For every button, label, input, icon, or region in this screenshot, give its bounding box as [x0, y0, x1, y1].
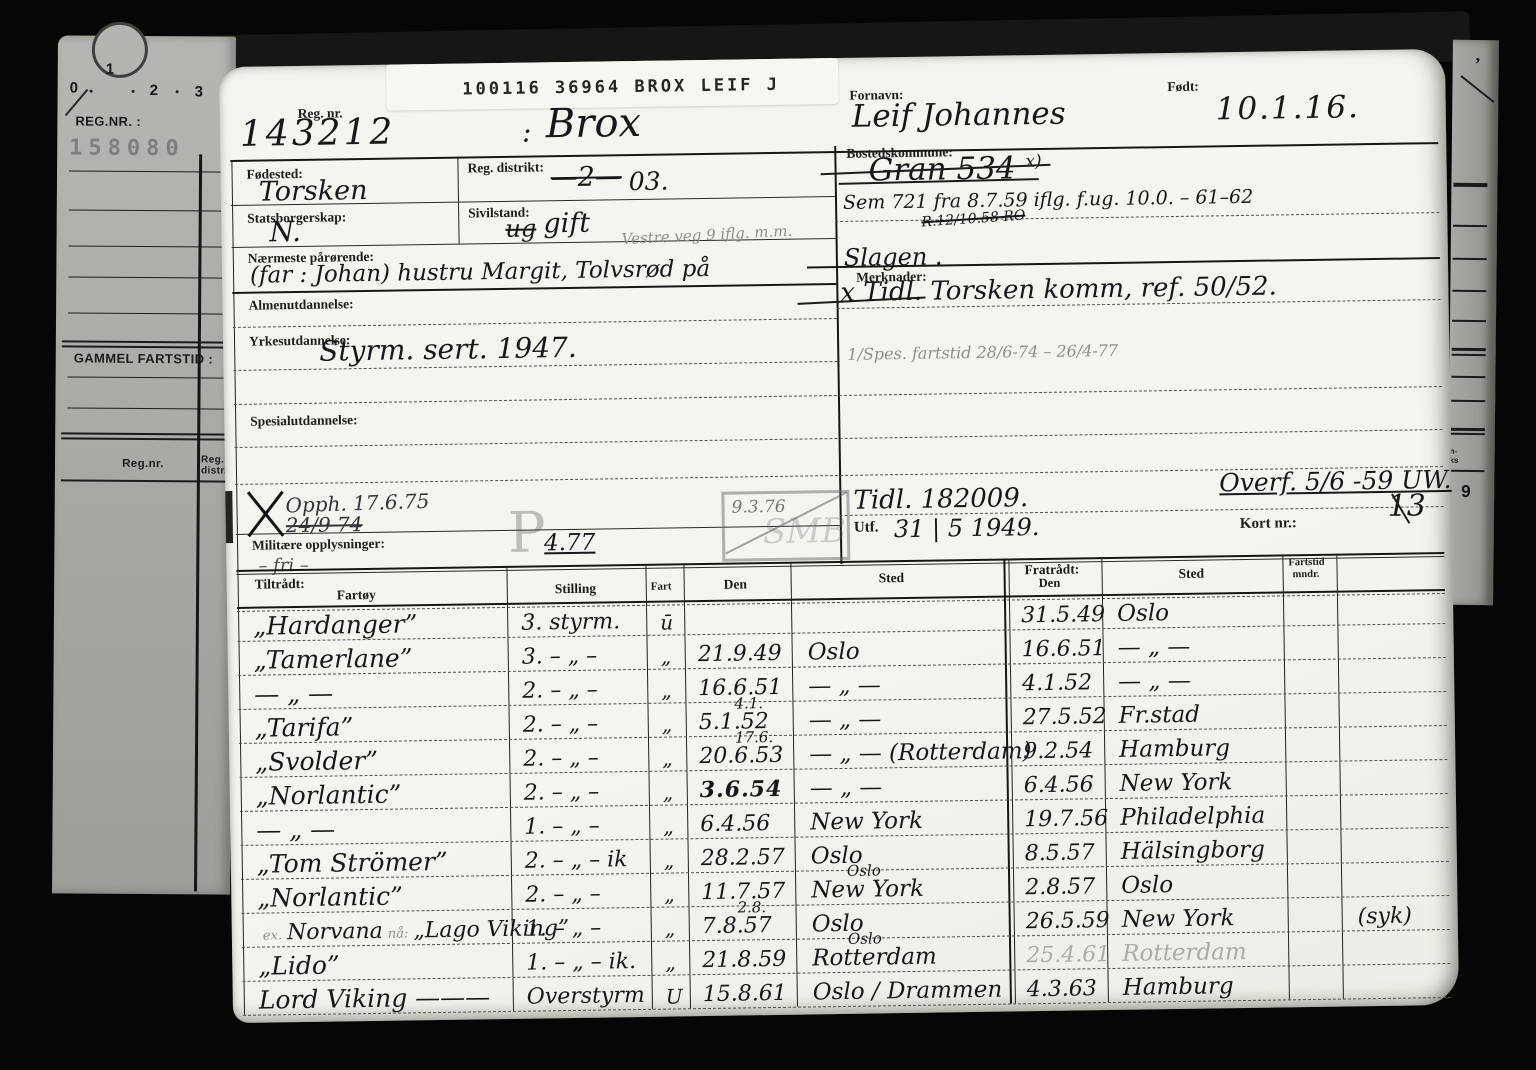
- cell-den: 28.2.57: [701, 847, 803, 871]
- statsborgerskap-value: N.: [269, 218, 301, 246]
- parorende-pencil-note: Vestre veg 9 iflg. m.m.: [621, 224, 792, 247]
- cell-fsted: Philadelphia: [1120, 804, 1294, 830]
- yrkesutdannelse-value: Styrm. sert. 1947.: [319, 334, 577, 366]
- cell-stilling: 1. – „ –: [524, 815, 657, 839]
- cell-stilling: 3. styrm.: [521, 611, 654, 635]
- table-header-den: Den: [724, 576, 747, 592]
- rule-line: [1452, 354, 1486, 356]
- seaman-register-card: 100116 36964 BROX LEIF J Reg. nr. 143212…: [219, 49, 1459, 1023]
- rule-line: [69, 170, 227, 172]
- cell-fden: 25.4.61: [1026, 944, 1115, 967]
- ruler-digit: 2: [150, 82, 158, 99]
- rule-line: [233, 318, 837, 328]
- militare-number: 4.77: [544, 532, 596, 556]
- under-reg-nr-stamp: 158080: [69, 135, 185, 161]
- rule-line: [67, 407, 225, 409]
- cell-den: 17.6.20.6.53: [699, 745, 801, 769]
- cell-stilling: 2. – „ –: [522, 679, 655, 703]
- cell-sted: Oslo / Drammen: [813, 978, 1018, 1004]
- parorende-value: (far : Johan) hustru Margit, Tolvsrød på: [250, 258, 710, 288]
- cell-fart: „: [665, 918, 697, 938]
- cell-stilling: 3. – „ –: [522, 645, 655, 669]
- cell-note: (syk): [1358, 905, 1456, 928]
- under-card-right: ’ n-ks 9: [1447, 40, 1499, 605]
- cell-sted: — „ —: [808, 672, 1013, 698]
- table-header-fartoy: Fartøy: [337, 587, 376, 604]
- cell-sted: — „ —: [810, 774, 1015, 800]
- rule-line: [68, 376, 226, 378]
- cell-fsted: Rotterdam: [1122, 940, 1296, 966]
- p-stamp: P: [507, 500, 546, 566]
- ruler-dot: [176, 90, 179, 93]
- punch-hole: [92, 22, 148, 78]
- cell-den: 15.8.61: [703, 983, 805, 1007]
- ruler-dot: [132, 90, 135, 93]
- ruler-digit: 1: [106, 61, 114, 78]
- rule-line: [62, 340, 232, 343]
- cell-fart: „: [664, 884, 696, 904]
- rule-line: [1452, 320, 1486, 322]
- cell-fsted: Hamburg: [1123, 974, 1297, 1000]
- date-stamp-box: 9.3.76 SMB: [721, 490, 850, 562]
- rule-line: [1453, 258, 1487, 260]
- cell-fart: U: [666, 986, 698, 1006]
- gammel-fartstid-label: GAMMEL FARTSTID :: [74, 351, 214, 367]
- rule-line: [1453, 225, 1487, 227]
- cell-fsted: Fr.stad: [1119, 702, 1293, 728]
- cell-ship: „Norlantic”: [256, 780, 516, 809]
- cell-fart: „: [661, 646, 693, 666]
- column-divider: [457, 157, 459, 244]
- cell-fsted: New York: [1122, 906, 1296, 932]
- merknader-pencil-note: 1/Spes. fartstid 28/6-74 – 26/4-77: [847, 343, 1118, 363]
- table-header-fartstid: Fartstid: [1288, 557, 1324, 569]
- ruler-digit: 3: [195, 83, 203, 100]
- cell-fsted: — „ —: [1118, 634, 1292, 660]
- cell-fart: ū: [660, 612, 692, 632]
- rule-line: [69, 245, 227, 247]
- fornavn-value: Leif Johannes: [852, 99, 1066, 133]
- ruler-dot: [90, 90, 93, 93]
- cell-ship: — „ —: [254, 678, 514, 707]
- merknader-value: x Tidl. Torsken komm, ref. 50/52.: [840, 273, 1277, 305]
- edge-digit: 9: [1461, 482, 1471, 502]
- almenutdannelse-label: Almenutdannelse:: [248, 296, 353, 314]
- cell-ship: Lord Viking ———: [259, 984, 519, 1013]
- sivilstand-struck: ug: [505, 216, 536, 240]
- cell-fden: 6.4.56: [1024, 774, 1113, 797]
- cell-fart: „: [661, 680, 693, 700]
- under-divider: [194, 154, 202, 891]
- cell-fart: „: [662, 714, 694, 734]
- rule-line: [1453, 183, 1487, 187]
- table-header-fratradt-sted: Sted: [1178, 566, 1204, 582]
- reg-distrikt-value: 03.: [629, 168, 669, 194]
- cell-fden: 19.7.56: [1024, 808, 1113, 831]
- fodested-value: Torsken: [259, 177, 368, 206]
- parorende-continuation: Slagen .: [844, 244, 943, 269]
- cell-ship: „Lido”: [258, 950, 518, 979]
- cell-fsted: Oslo: [1121, 872, 1295, 898]
- cell-den: 2.8.7.8.57: [702, 915, 804, 939]
- sivilstand-value: gift: [543, 210, 590, 238]
- rule-line: [1451, 376, 1485, 378]
- militare-label: Militære opplysninger:: [252, 536, 385, 554]
- cell-ship: „Norlantic”: [257, 882, 517, 911]
- rule-line: [61, 437, 231, 440]
- rule-line: [1451, 428, 1485, 431]
- cell-fsted: — „ —: [1118, 668, 1292, 694]
- rule-line: [61, 432, 231, 435]
- cell-fsted: Hamburg: [1119, 736, 1293, 762]
- cell-den: 6.4.56: [700, 813, 802, 837]
- cell-sted: OsloNew York: [811, 876, 1016, 902]
- cell-fden: 16.6.51: [1022, 638, 1111, 661]
- cell-fden: 31.5.49: [1021, 604, 1110, 627]
- cell-sted: Oslo: [812, 910, 1017, 936]
- under-reg-nr-label: REG.NR. :: [75, 114, 141, 129]
- reg-nr-value: 143212: [240, 115, 396, 153]
- table-header-mndr: mndr.: [1293, 569, 1320, 580]
- rule-line: [1452, 348, 1486, 351]
- rule-line: [62, 345, 232, 348]
- cell-ship: „Svolder”: [255, 746, 515, 775]
- cell-fden: 2.8.57: [1025, 876, 1114, 899]
- under-card-left: 0 1 2 3 REG.NR. : 158080 GAMMEL FARTSTID…: [52, 35, 236, 894]
- cell-fden: 27.5.52: [1023, 706, 1112, 729]
- cell-sted: OsloRotterdam: [812, 944, 1017, 970]
- cell-fart: „: [662, 748, 694, 768]
- cell-sted: Oslo: [811, 842, 1016, 868]
- cell-fsted: Oslo: [1117, 600, 1291, 626]
- tidl-value: Tidl. 182009.: [853, 485, 1028, 514]
- table-header-fart: Fart: [651, 580, 672, 592]
- pen-mark: ’: [1475, 54, 1481, 75]
- cell-fsted: New York: [1120, 770, 1294, 796]
- cell-stilling: Overstyrm: [527, 985, 660, 1009]
- cell-fart: „: [664, 850, 696, 870]
- utf-label: Utf.: [854, 519, 879, 536]
- cell-fart: „: [663, 816, 695, 836]
- bosted-note-line: Sem 721 fra 8.7.59 iflg. f.ug. 10.0. – 6…: [843, 188, 1253, 213]
- cell-fart: „: [663, 782, 695, 802]
- table-header-tiltradt: Tiltrådt:: [255, 576, 305, 593]
- cell-fart: „: [665, 952, 697, 972]
- cell-ship: — „ —: [256, 814, 516, 843]
- cell-fden: 8.5.57: [1025, 842, 1114, 865]
- cell-sted: Oslo: [808, 638, 1013, 664]
- cell-stilling: 1. – „ – ik.: [526, 951, 659, 975]
- reg-distrikt-label: Reg. distrikt:: [467, 159, 544, 176]
- pen-stroke: [1460, 75, 1494, 103]
- cell-sted: New York: [810, 808, 1015, 834]
- rule-line: [68, 312, 226, 314]
- cell-stilling: 2. – „ –: [524, 781, 657, 805]
- cell-fsted: Hälsingborg: [1121, 838, 1295, 864]
- under-col-reg-nr: Reg.nr.: [93, 458, 193, 471]
- table-header-fratradt-den: Den: [1039, 576, 1061, 591]
- rule-line: [69, 209, 227, 211]
- cell-stilling: 2. – „ –: [523, 747, 656, 771]
- cell-fden: 4.1.52: [1022, 672, 1111, 695]
- cell-ship: „Tom Strömer”: [257, 848, 517, 877]
- fodt-value: 10.1.16.: [1215, 92, 1360, 125]
- struck-date: 24/9 74: [286, 514, 363, 535]
- cell-stilling: 2. – „ –: [525, 883, 658, 907]
- utf-value: 31 | 5 1949.: [894, 515, 1040, 541]
- cell-fden: 4.3.63: [1027, 978, 1116, 1001]
- ruler-digit: 0: [70, 79, 78, 96]
- reg-distrikt-struck: —2—: [550, 163, 622, 191]
- rule-line: [1452, 290, 1486, 292]
- rule-line: [61, 479, 231, 482]
- machine-stamp-text: 100116 36964 BROX LEIF J: [462, 75, 780, 100]
- rule-line: [1450, 470, 1484, 472]
- cell-sted: — „ — (Rotterdam): [809, 740, 1014, 766]
- cell-ship: ex.Norvananå:„Lago Viking”: [258, 915, 518, 945]
- cell-fden: 9.2.54: [1023, 740, 1112, 763]
- colon-mark: :: [522, 119, 532, 147]
- cell-den: 21.8.59: [702, 949, 804, 973]
- cell-ship: „Tarifa”: [255, 712, 515, 741]
- cell-fden: 26.5.59: [1026, 910, 1115, 933]
- kort-nr-label: Kort nr.:: [1240, 515, 1297, 533]
- cell-stilling: 1. – „ –: [526, 917, 659, 941]
- cell-sted: — „ —: [809, 706, 1014, 732]
- cell-den: 3.6.54: [700, 778, 802, 803]
- cell-stilling: 2. – „ – ik: [525, 849, 658, 873]
- stamp-box-initials: SMB: [763, 511, 847, 552]
- rule-line: [1451, 433, 1485, 435]
- table-header-stilling: Stilling: [555, 581, 596, 598]
- edge-blotch: [225, 491, 233, 543]
- rule-line: [1451, 400, 1485, 402]
- surname-value: Brox: [546, 103, 642, 144]
- cell-ship: „Hardanger”: [253, 610, 513, 639]
- cell-den: 21.9.49: [698, 643, 800, 667]
- cell-ship: „Tamerlane”: [254, 644, 514, 673]
- fodt-label: Født:: [1167, 79, 1199, 95]
- rule-line: [68, 276, 226, 278]
- spesialutdannelse-label: Spesialutdannelse:: [250, 412, 358, 430]
- cell-stilling: 2. – „ –: [523, 713, 656, 737]
- table-header-sted: Sted: [879, 570, 905, 586]
